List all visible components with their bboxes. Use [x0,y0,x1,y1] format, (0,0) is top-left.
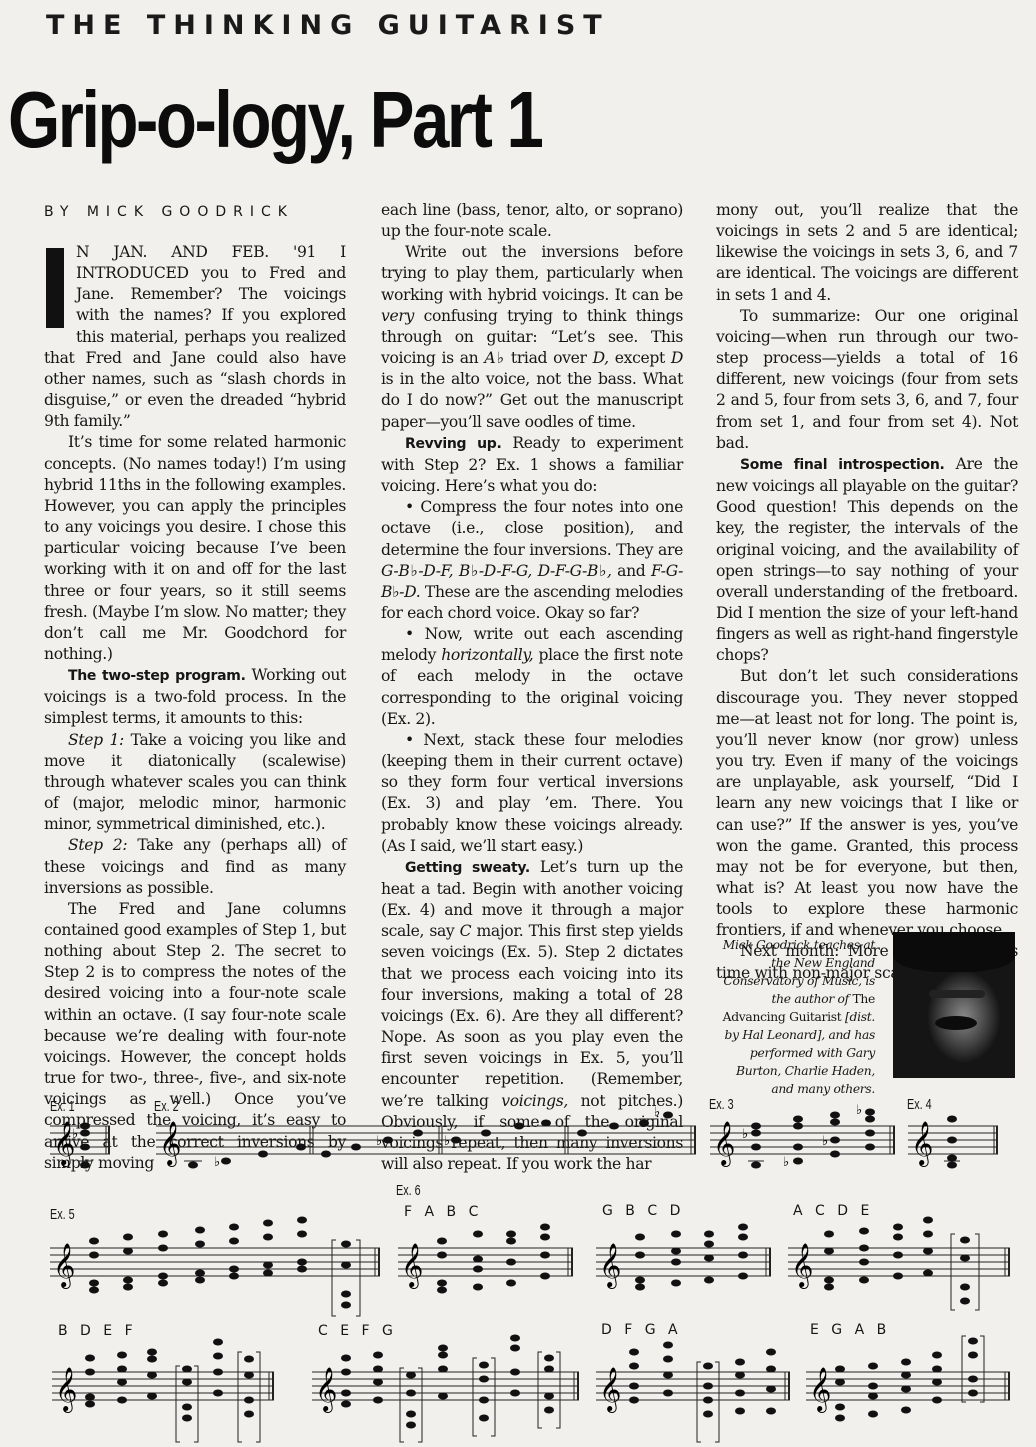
step-1-paragraph: Step 1: Take a voicing you like and move… [44,730,346,836]
svg-text:♭: ♭ [856,1103,862,1118]
staff-ex6-bdef: 𝄞 [52,1372,280,1447]
bullet-paragraph: • Next, stack these four melodies (keep­… [381,730,683,857]
music-staff-icon: 𝄞 ♭ [50,1118,168,1188]
ex5-label: Ex. 5 [50,1206,75,1223]
subhead-getting-sweaty: Getting sweaty. [405,860,530,876]
subhead-revving-up: Revving up. [405,436,502,452]
set-label-egab: E G A B [810,1322,890,1338]
svg-text:♭: ♭ [822,1134,828,1149]
svg-text:𝄞: 𝄞 [713,1121,735,1167]
svg-text:𝄞: 𝄞 [809,1367,831,1413]
svg-text:♭: ♭ [742,1127,748,1142]
byline: BY MICK GOODRICK [44,204,294,220]
svg-text:♭: ♭ [214,1155,220,1170]
svg-text:𝄞: 𝄞 [401,1243,423,1289]
set-label-fabc: F A B C [404,1204,482,1220]
ex3-label: Ex. 3 [709,1096,734,1113]
staff-ex1: 𝄞 ♭ [50,1118,168,1188]
ex4-label: Ex. 4 [907,1096,932,1113]
svg-text:𝄞: 𝄞 [911,1121,933,1167]
staff-ex6-fabc: 𝄞 [398,1240,578,1320]
staff-ex6-dfga: 𝄞 [596,1372,796,1447]
set-label-bdef: B D E F [58,1323,137,1339]
article-column-3: mony out, you’ll realize that the voicin… [716,200,1018,984]
drop-cap-i [46,248,64,328]
staff-ex2: 𝄞 ♭♭♭♭ [156,1118,701,1188]
paragraph: Revving up. Ready to experiment with Ste… [381,433,683,497]
staff-ex6-cefg: 𝄞 [312,1372,584,1447]
set-label-dfga: D F G A [601,1322,682,1338]
staff-ex6-gbcd: 𝄞 [596,1240,776,1320]
svg-text:𝄞: 𝄞 [599,1243,621,1289]
subhead-final-introspection: Some final introspection. [740,457,945,473]
section-kicker: THE THINKING GUITARIST [46,10,610,41]
set-label-acde: A C D E [793,1203,873,1219]
bullet-paragraph: • Compress the four notes into one oc­ta… [381,497,683,624]
bullet-paragraph: • Now, write out each ascending melody h… [381,624,683,730]
ex1-label: Ex. 1 [50,1098,75,1115]
step-2-paragraph: Step 2: Take any (perhaps all) of these … [44,835,346,898]
paragraph: Some final introspection. Are the new vo… [716,454,1018,667]
paragraph: each line (bass, tenor, alto, or soprano… [381,200,683,242]
paragraph: The two-step program. Working out voicin… [44,665,346,729]
staff-ex6-egab: 𝄞 [806,1372,1016,1447]
svg-text:𝄞: 𝄞 [55,1367,77,1413]
paragraph: But don’t let such considerations dis­co… [716,666,1018,941]
article-column-1: N JAN. AND FEB. '91 I INTRODUCED you to … [44,242,346,1174]
set-label-cefg: C E F G [318,1323,397,1339]
svg-text:𝄞: 𝄞 [159,1121,181,1167]
svg-text:𝄞: 𝄞 [53,1243,75,1289]
svg-text:♭: ♭ [654,1105,660,1120]
staff-ex3: 𝄞 ♭♭♭♭ [710,1118,900,1188]
staff-ex5: 𝄞 [50,1240,385,1320]
author-photo [893,932,1015,1078]
ex2-label: Ex. 2 [154,1098,179,1115]
paragraph: To summarize: Our one original voic­ing—… [716,306,1018,454]
svg-text:♭: ♭ [376,1134,382,1149]
set-label-gbcd: G B C D [602,1203,684,1219]
opening-paragraph: N JAN. AND FEB. '91 I INTRODUCED you to … [44,242,346,432]
svg-text:𝄞: 𝄞 [315,1367,337,1413]
paragraph: Write out the inversions before trying t… [381,242,683,432]
subhead-two-step-program: The two-step program. [68,668,246,684]
svg-text:♭: ♭ [72,1127,78,1142]
paragraph: mony out, you’ll realize that the voicin… [716,200,1018,306]
svg-text:𝄞: 𝄞 [599,1367,621,1413]
staff-ex6-acde: 𝄞 [788,1240,1016,1320]
svg-text:𝄞: 𝄞 [791,1243,813,1289]
svg-text:♭: ♭ [783,1155,789,1170]
svg-text:♭: ♭ [444,1134,450,1149]
article-column-2: each line (bass, tenor, alto, or soprano… [381,200,683,1175]
author-bio: Mick Goodrick teaches at the New England… [712,936,875,1098]
paragraph: It’s time for some related harmonic conc… [44,432,346,665]
article-title: Grip-o-logy, Part 1 [8,74,541,166]
staff-ex4: 𝄞 [908,1118,1003,1188]
